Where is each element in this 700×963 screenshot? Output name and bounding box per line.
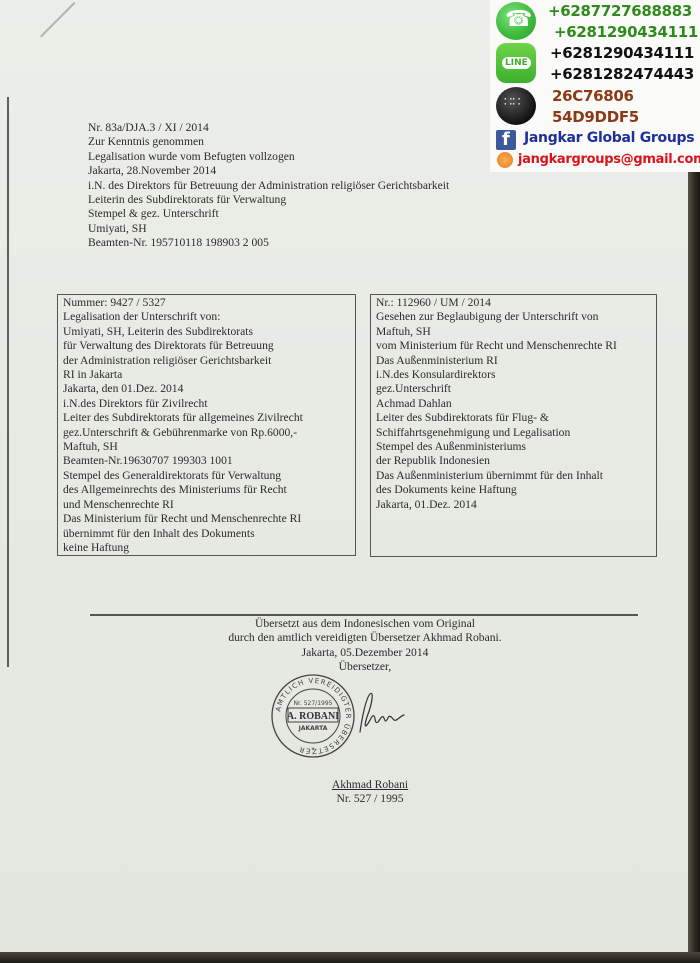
box-line: Leiter des Subdirektorats für Flug- & (376, 411, 656, 425)
box-line: keine Haftung (63, 541, 355, 555)
phone-number[interactable]: +6281282474443 (550, 65, 694, 83)
box-line: Jakarta, den 01.Dez. 2014 (63, 382, 355, 396)
translator-stamp: AMTLICH VEREIDIGTER ÜBERSETZER Nr. 527/1… (270, 673, 356, 759)
box-line: Beamten-Nr.19630707 199303 1001 (63, 454, 355, 468)
box-line: Nummer: 9427 / 5327 (63, 296, 355, 310)
legalisation-header: Nr. 83a/DJA.3 / XI / 2014 Zur Kenntnis g… (88, 121, 449, 251)
email-link[interactable]: jangkargroups@gmail.com (518, 152, 700, 167)
header-line: Umiyati, SH (88, 222, 449, 236)
box-line: Schiffahrtsgenehmigung und Legalisation (376, 426, 656, 440)
header-line: Beamten-Nr. 195710118 198903 2 005 (88, 236, 449, 250)
box-line: Das Ministerium für Recht und Menschenre… (63, 512, 355, 526)
bbm-pin[interactable]: 26C76806 (552, 87, 634, 105)
translator-signature-block: Akhmad Robani Nr. 527 / 1995 (300, 778, 440, 807)
box-line: und Menschenrechte RI (63, 498, 355, 512)
box-line: i.N.des Direktors für Zivilrecht (63, 397, 355, 411)
box-line: Leiter des Subdirektorats für allgemeine… (63, 411, 355, 425)
translator-name: Akhmad Robani (300, 778, 440, 792)
box-line: Umiyati, SH, Leiterin des Subdirektorats (63, 325, 355, 339)
translator-number: Nr. 527 / 1995 (300, 792, 440, 806)
email-icon (497, 152, 513, 168)
header-line: Jakarta, 28.November 2014 (88, 164, 449, 178)
scratch-mark (40, 2, 75, 37)
header-line: i.N. des Direktors für Betreuung der Adm… (88, 179, 449, 193)
box-line: Nr.: 112960 / UM / 2014 (376, 296, 656, 310)
box-line: gez.Unterschrift (376, 382, 656, 396)
box-line: i.N.des Konsulardirektors (376, 368, 656, 382)
bbm-pin[interactable]: 54D9DDF5 (552, 108, 639, 126)
stamp-number: Nr. 527/1995 (294, 700, 333, 707)
line-icon (496, 43, 536, 83)
box-line: Gesehen zur Beglaubigung der Unterschrif… (376, 310, 656, 324)
box-line: Das Außenministerium RI (376, 354, 656, 368)
contact-advert-overlay: +6287727688883 +6281290434111 +628129043… (490, 0, 700, 172)
box-line: RI in Jakarta (63, 368, 355, 382)
box-line: Das Außenministerium übernimmt für den I… (376, 469, 656, 483)
translator-certification: Übersetzt aus dem Indonesischen vom Orig… (150, 617, 580, 675)
footer-line: Übersetzt aus dem Indonesischen vom Orig… (150, 617, 580, 631)
footer-line: Jakarta, 05.Dezember 2014 (150, 646, 580, 660)
facebook-page-link[interactable]: Jangkar Global Groups (524, 130, 694, 146)
header-line: Legalisation wurde vom Befugten vollzoge… (88, 150, 449, 164)
facebook-icon (496, 130, 516, 150)
box-line: der Republik Indonesien (376, 454, 656, 468)
box-line: für Verwaltung des Direktorats für Betre… (63, 339, 355, 353)
phone-number[interactable]: +6281290434111 (554, 23, 698, 41)
foreign-ministry-legalisation-box: Nr.: 112960 / UM / 2014 Gesehen zur Begl… (370, 294, 657, 557)
box-line: Stempel des Außenministeriums (376, 440, 656, 454)
whatsapp-icon (496, 2, 536, 40)
left-edge-line (7, 97, 9, 667)
header-line: Leiterin des Subdirektorats für Verwaltu… (88, 193, 449, 207)
stamp-name: A. ROBANI (287, 711, 339, 722)
box-line: Maftuh, SH (63, 440, 355, 454)
box-line: des Dokuments keine Haftung (376, 483, 656, 497)
box-line: der Administration religiöser Gerichtsba… (63, 354, 355, 368)
phone-number[interactable]: +6287727688883 (548, 2, 692, 20)
header-line: Stempel & gez. Unterschrift (88, 207, 449, 221)
footer-line: Übersetzer, (150, 660, 580, 674)
box-line: Stempel des Generaldirektorats für Verwa… (63, 469, 355, 483)
box-line: Legalisation der Unterschrift von: (63, 310, 355, 324)
footer-line: durch den amtlich vereidigten Übersetzer… (150, 631, 580, 645)
horizontal-divider (90, 614, 638, 616)
stamp-city: JAKARTA (298, 725, 328, 732)
box-line: übernimmt für den Inhalt des Dokuments (63, 527, 355, 541)
box-line: vom Ministerium für Recht und Menschenre… (376, 339, 656, 353)
header-line: Nr. 83a/DJA.3 / XI / 2014 (88, 121, 449, 135)
box-line: Maftuh, SH (376, 325, 656, 339)
handwritten-signature (352, 688, 412, 738)
header-line: Zur Kenntnis genommen (88, 135, 449, 149)
box-line: gez.Unterschrift & Gebührenmarke von Rp.… (63, 426, 355, 440)
phone-number[interactable]: +6281290434111 (550, 44, 694, 62)
box-line: Achmad Dahlan (376, 397, 656, 411)
box-line: Jakarta, 01.Dez. 2014 (376, 498, 656, 512)
box-line: des Allgemeinrechts des Ministeriums für… (63, 483, 355, 497)
stamp-star: * (311, 746, 315, 754)
scan-edge-bottom (0, 952, 700, 963)
ministry-law-legalisation-box: Nummer: 9427 / 5327 Legalisation der Unt… (57, 294, 356, 556)
blackberry-icon (496, 87, 536, 125)
